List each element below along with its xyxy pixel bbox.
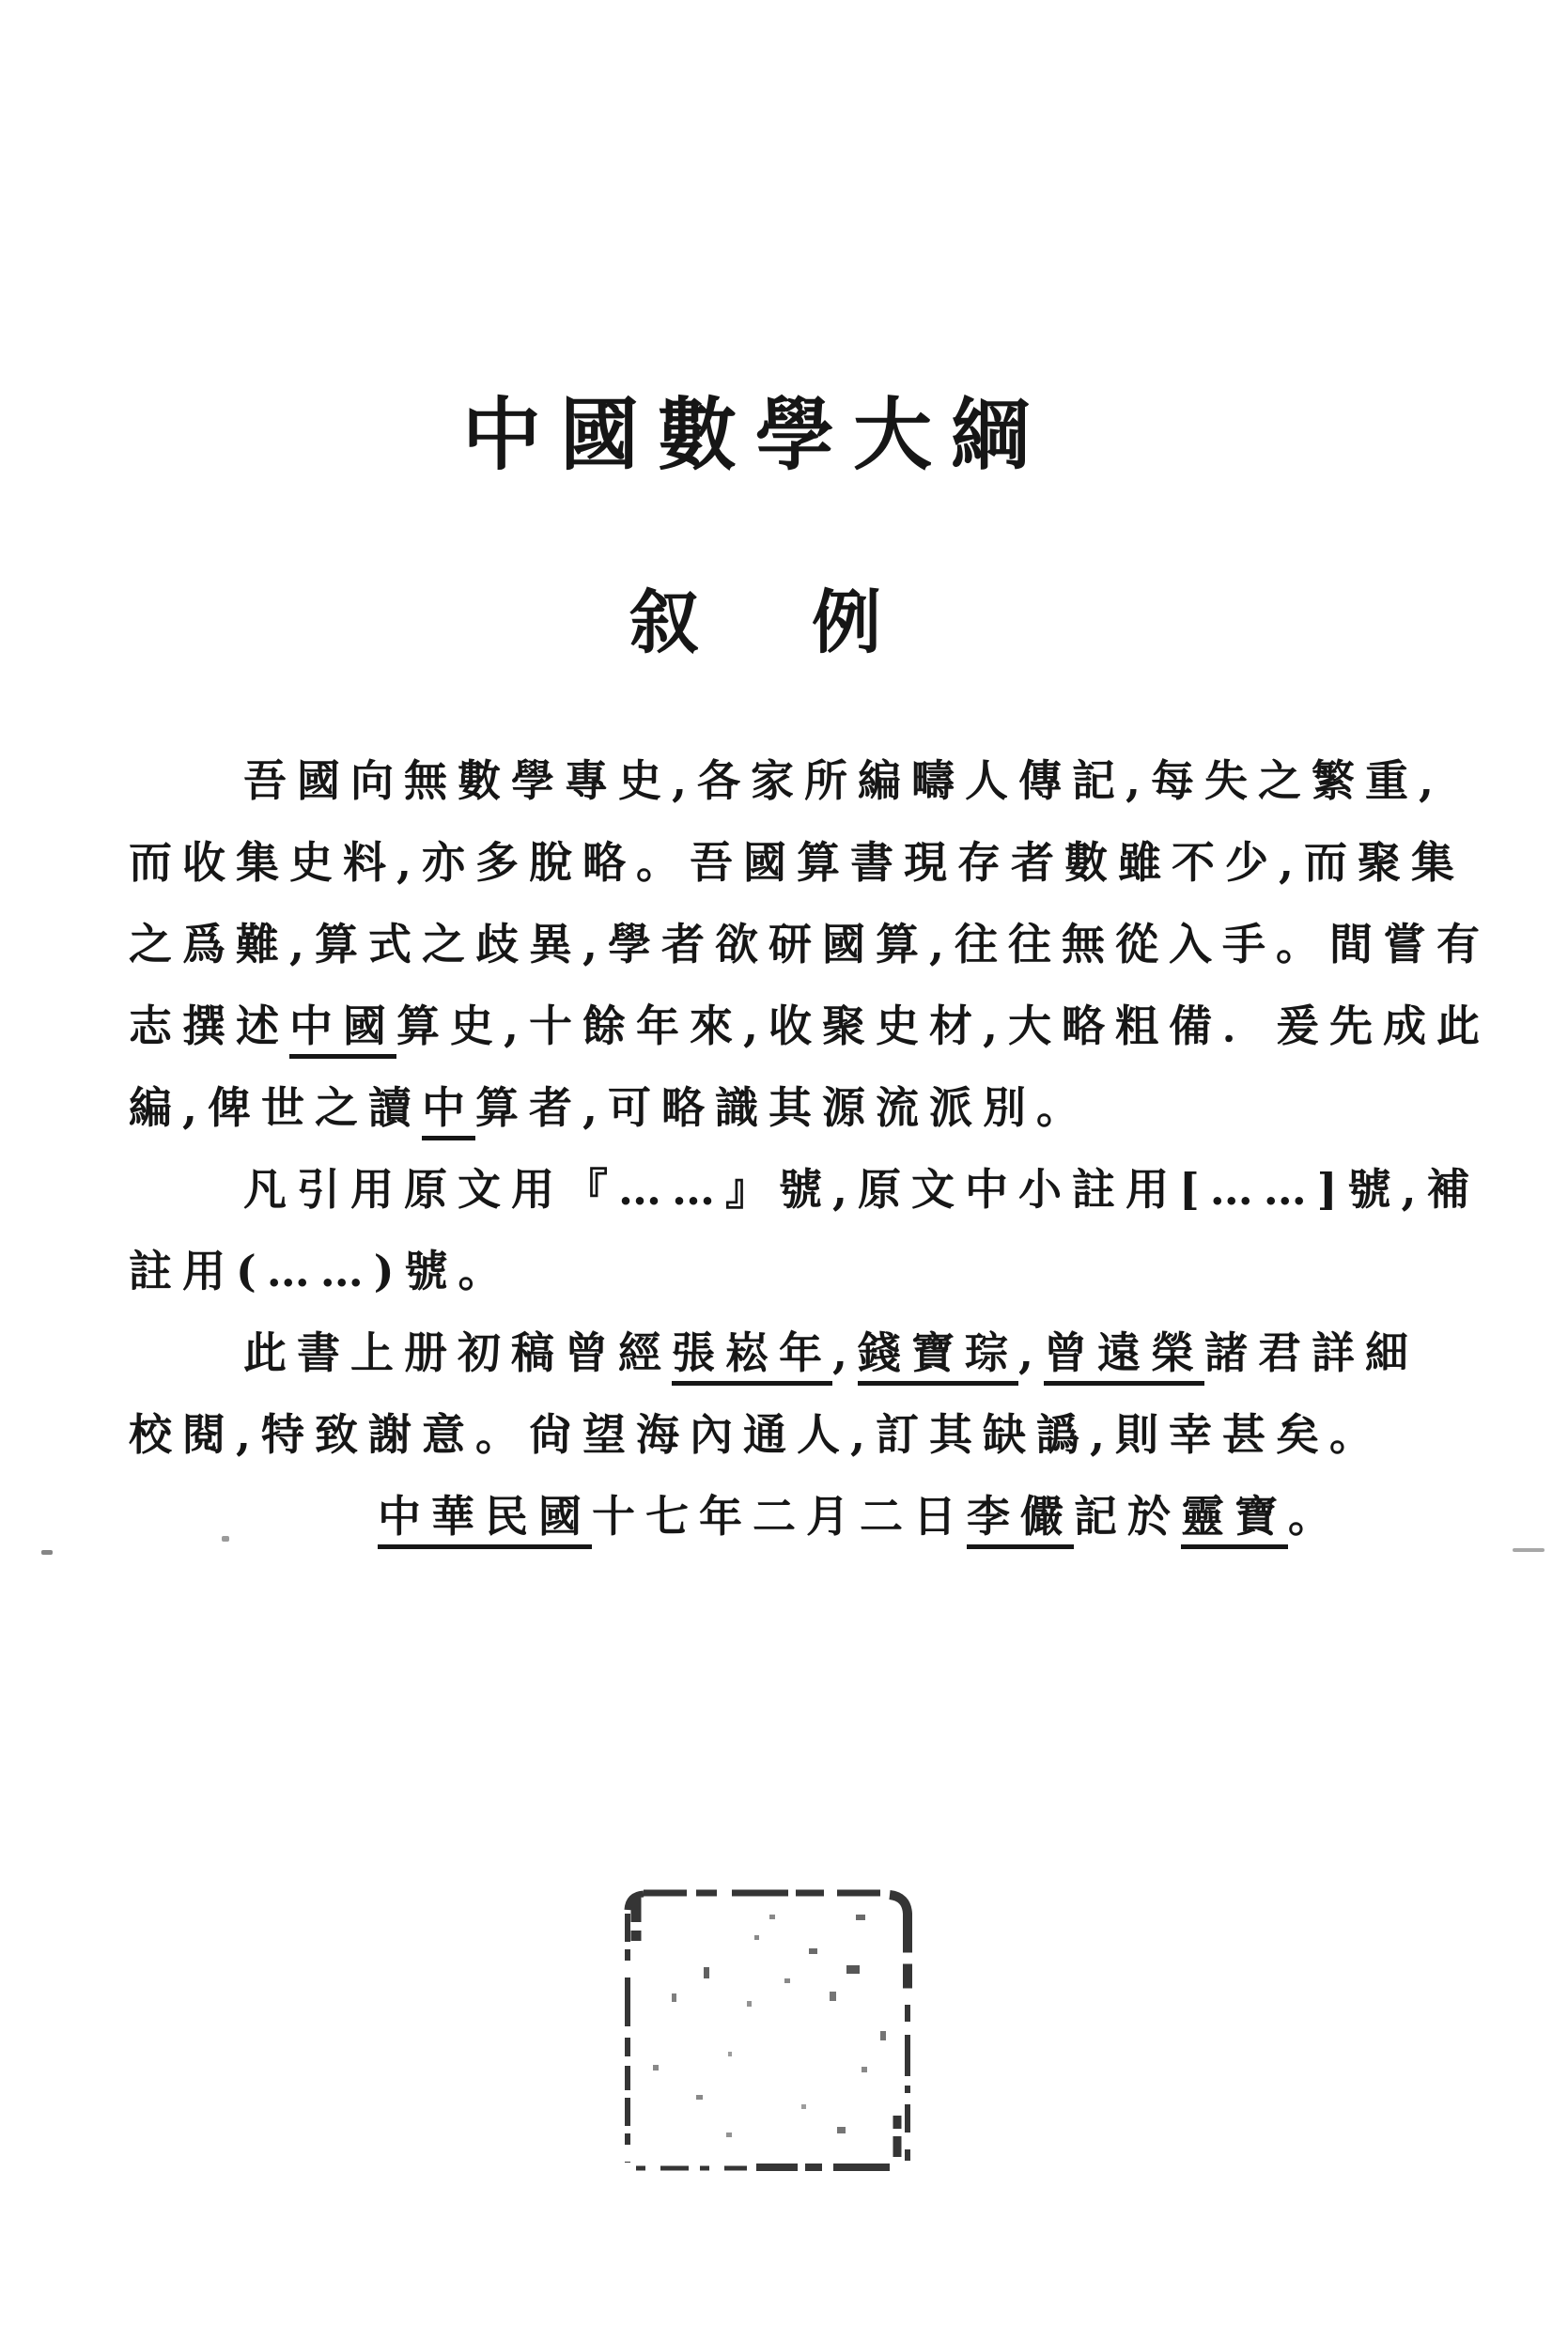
proper-noun-underlined: 中國: [289, 1000, 396, 1059]
text-segment: 此書上册初稿曾經: [243, 1327, 672, 1378]
text-segment: 之爲難,算式之歧異,學者欲研國算,往往無從入手。間嘗有: [129, 919, 1490, 969]
text-segment: 。: [1288, 1491, 1342, 1542]
book-title: 中國數學大綱: [462, 372, 1048, 486]
text-segment: 註用(……)號。: [129, 1246, 512, 1296]
text-line: 之爲難,算式之歧異,學者欲研國算,往往無從入手。間嘗有: [129, 904, 1463, 985]
text-segment: ,: [1018, 1327, 1044, 1378]
text-line: 而收集史料,亦多脫略。吾國算書現存者數雖不少,而聚集: [129, 822, 1463, 904]
text-segment: 而收集史料,亦多脫略。吾國算書現存者數雖不少,而聚集: [129, 837, 1465, 888]
proper-noun-underlined: 張崧年: [672, 1327, 832, 1386]
text-line: 志撰述中國算史,十餘年來,收聚史材,大略粗備．爰先成此: [129, 985, 1463, 1067]
text-segment: 十七年二月二日: [592, 1491, 967, 1542]
text-line: 註用(……)號。: [129, 1231, 1463, 1312]
text-line: 中華民國十七年二月二日李儼記於靈寶。: [129, 1476, 1463, 1558]
text-line: 凡引用原文用『……』號,原文中小註用[……]號,補: [129, 1149, 1463, 1231]
scan-noise-speck: [1513, 1548, 1545, 1552]
text-line: 編,俾世之讀中算者,可略識其源流派別。: [129, 1067, 1463, 1149]
text-segment: 算史,十餘年來,收聚史材,大略粗備．爰先成此: [396, 1000, 1490, 1051]
text-segment: 凡引用原文用『……』號,原文中小註用[……]號,補: [243, 1164, 1481, 1215]
section-heading: 叙例: [629, 567, 994, 667]
proper-noun-underlined: 靈寶: [1181, 1491, 1288, 1549]
scan-noise-speck: [41, 1550, 53, 1555]
proper-noun-underlined: 中華民國: [378, 1491, 592, 1549]
text-line: 此書上册初稿曾經張崧年,錢寶琮,曾遠榮諸君詳細: [129, 1312, 1463, 1394]
text-line: 吾國向無數學專史,各家所編疇人傳記,每失之繁重,: [129, 740, 1463, 822]
book-page: 中國數學大綱 叙例 吾國向無數學專史,各家所編疇人傳記,每失之繁重,而收集史料,…: [0, 0, 1568, 2342]
text-segment: 算者,可略識其源流派別。: [475, 1082, 1090, 1133]
scan-noise-speck: [222, 1536, 229, 1542]
proper-noun-underlined: 中: [422, 1082, 475, 1140]
text-segment: 志撰述: [129, 1000, 289, 1051]
preface-body: 吾國向無數學專史,各家所編疇人傳記,每失之繁重,而收集史料,亦多脫略。吾國算書現…: [129, 740, 1463, 1558]
proper-noun-underlined: 李儼: [967, 1491, 1074, 1549]
text-segment: 校閱,特致謝意。尙望海內通人,訂其缺譌,則幸甚矣。: [129, 1409, 1383, 1460]
text-segment: 記於: [1074, 1491, 1181, 1542]
text-segment: ,: [832, 1327, 858, 1378]
proper-noun-underlined: 曾遠榮: [1044, 1327, 1204, 1386]
text-line: 校閱,特致謝意。尙望海內通人,訂其缺譌,則幸甚矣。: [129, 1394, 1463, 1476]
proper-noun-underlined: 錢寶琮: [858, 1327, 1018, 1386]
text-segment: 編,俾世之讀: [129, 1082, 422, 1133]
text-segment: 諸君詳細: [1204, 1327, 1419, 1378]
seal-stamp-image: [615, 1881, 918, 2179]
text-segment: 吾國向無數學專史,各家所編疇人傳記,每失之繁重,: [243, 755, 1444, 806]
